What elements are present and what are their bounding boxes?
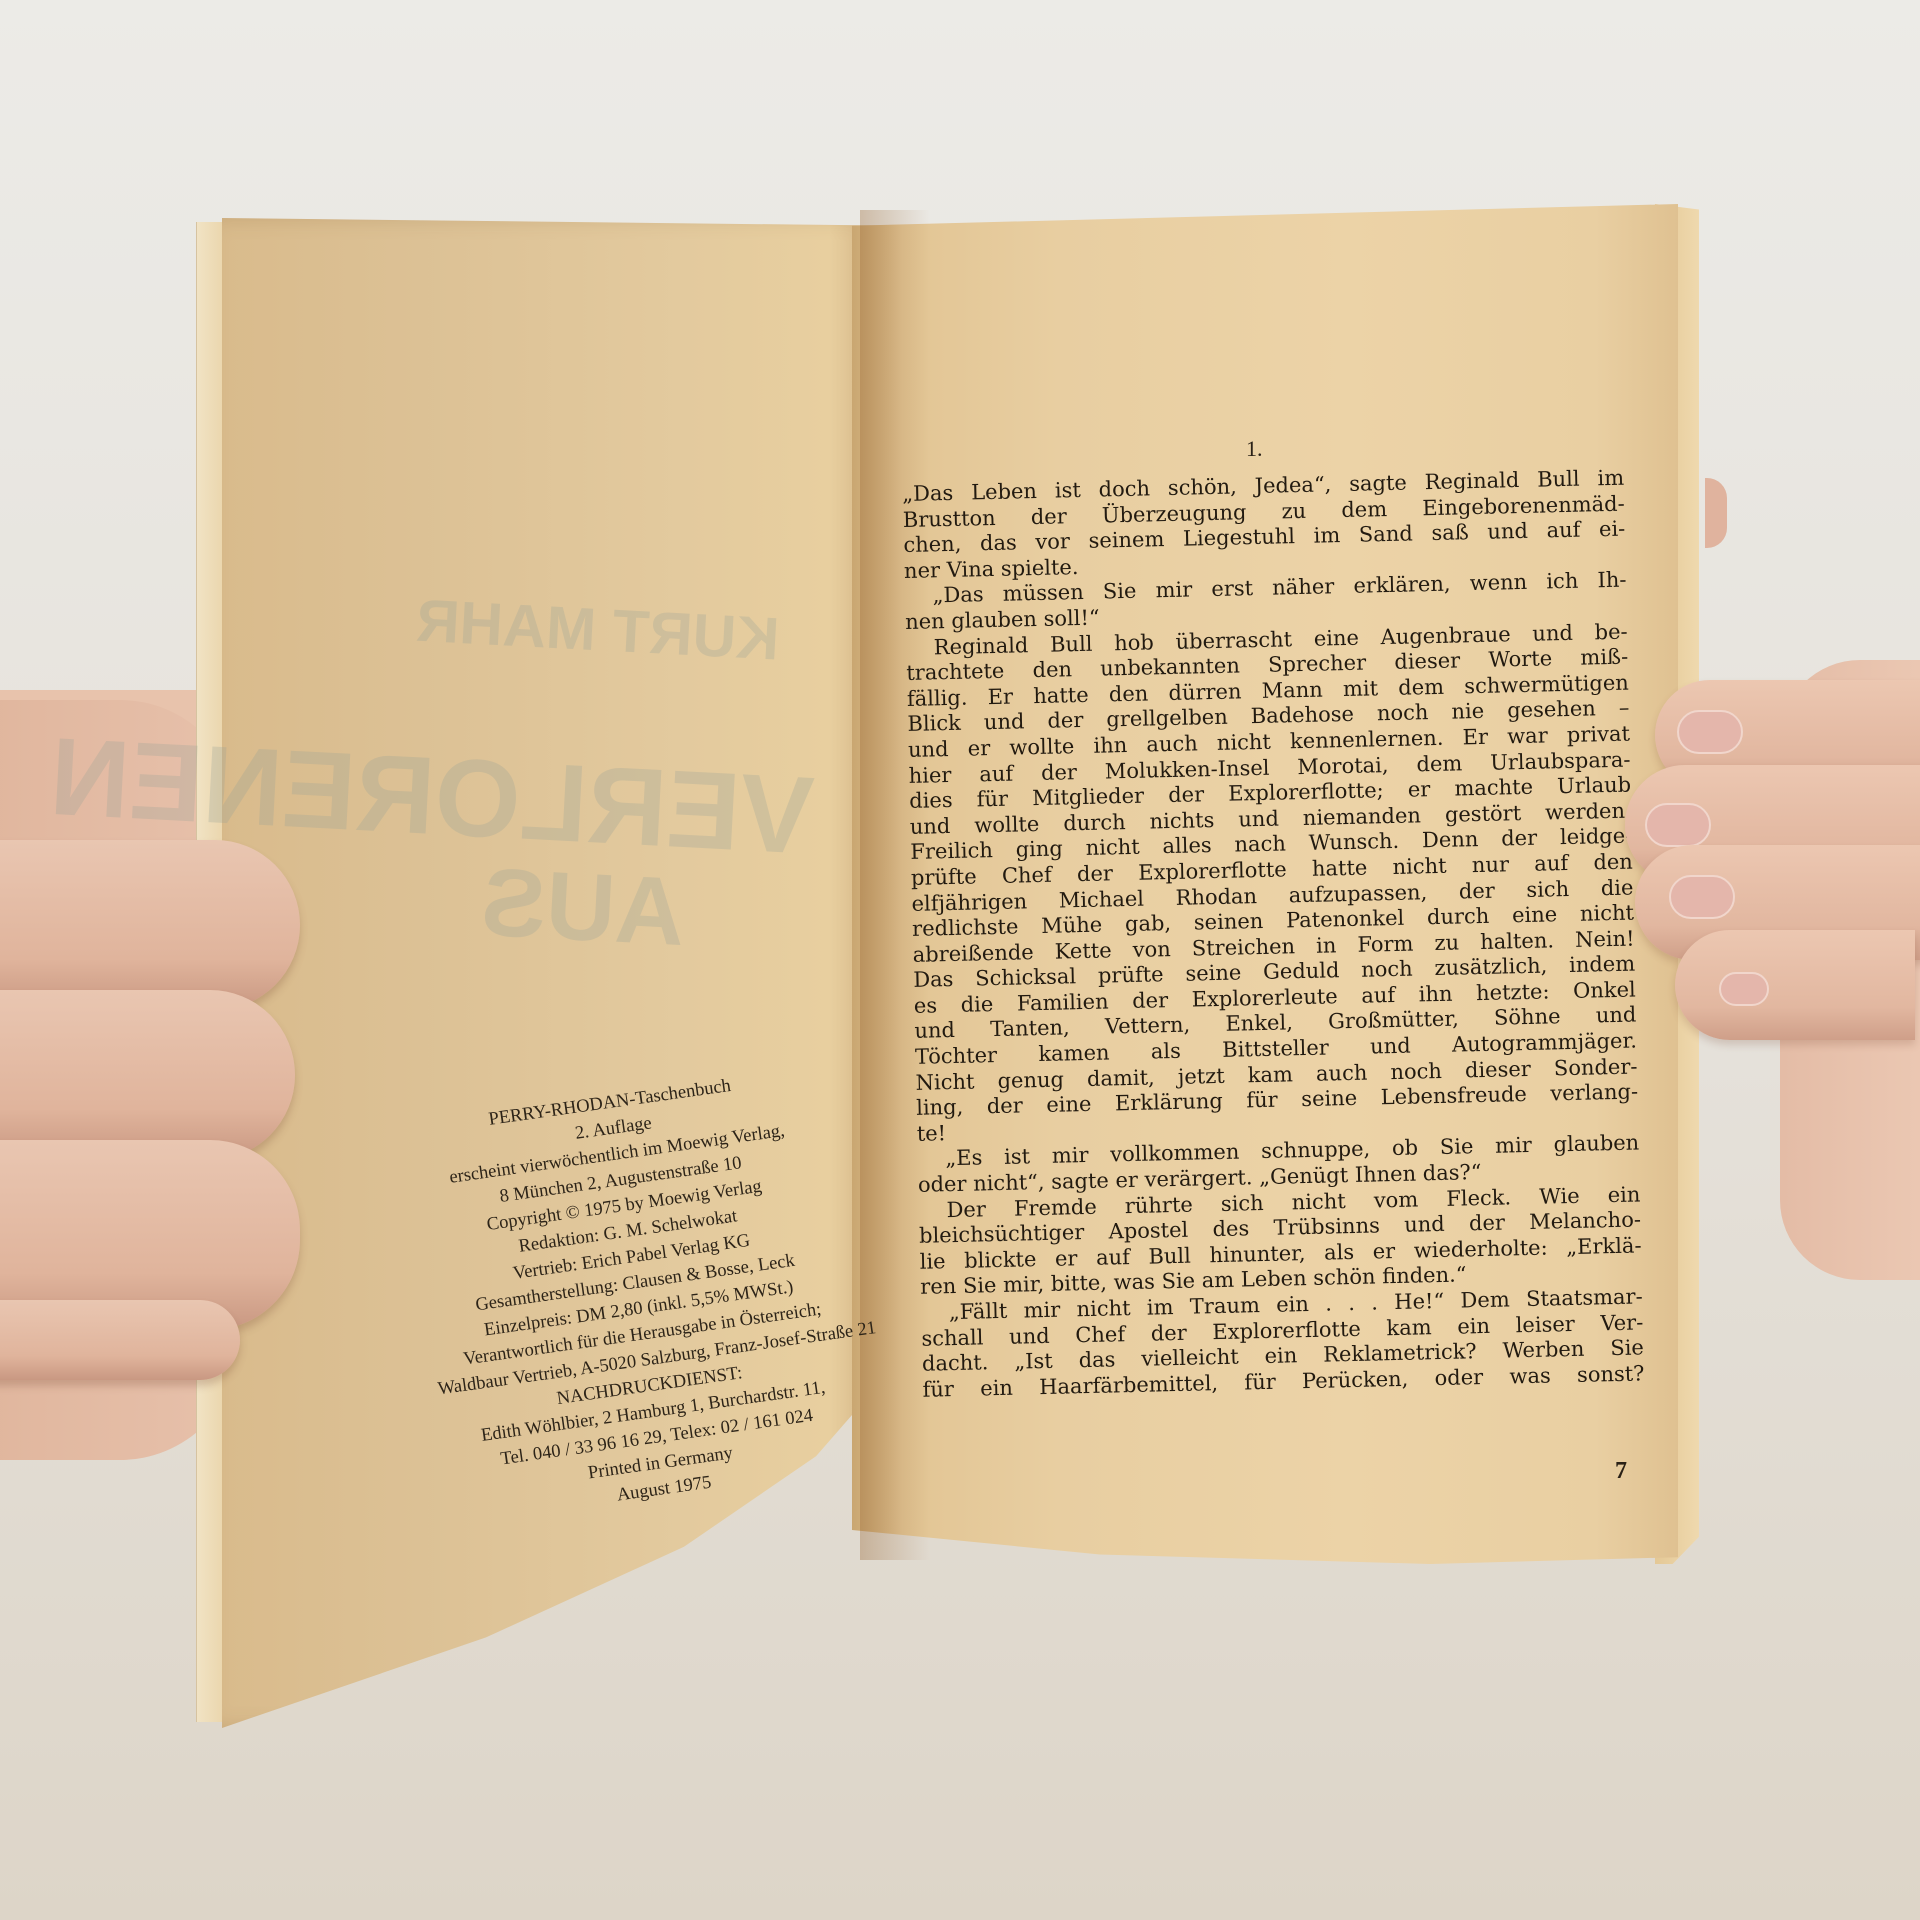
imprint-block: PERRY-RHODAN-Taschenbuch 2. Auflage ersc… bbox=[400, 1061, 874, 1531]
body-text: „Das Leben ist doch schön, Jedea“, sagte… bbox=[902, 466, 1645, 1404]
fingernail bbox=[1645, 803, 1711, 847]
fingernail bbox=[1669, 875, 1735, 919]
page-number: 7 bbox=[1615, 1458, 1627, 1485]
left-index-finger bbox=[0, 840, 300, 1010]
ghost-title-bleedthrough: KURT MAHR VERLORENEN AUS bbox=[356, 588, 824, 967]
right-little-finger bbox=[1675, 930, 1915, 1040]
chapter-number: 1. bbox=[1246, 436, 1263, 462]
right-thumb bbox=[1705, 478, 1727, 548]
left-little-finger bbox=[0, 1300, 240, 1380]
fingernail bbox=[1677, 710, 1743, 754]
left-middle-finger bbox=[0, 990, 295, 1160]
fingernail bbox=[1719, 972, 1769, 1006]
photo-scene: KURT MAHR VERLORENEN AUS PERRY-RHODAN-Ta… bbox=[0, 0, 1920, 1920]
